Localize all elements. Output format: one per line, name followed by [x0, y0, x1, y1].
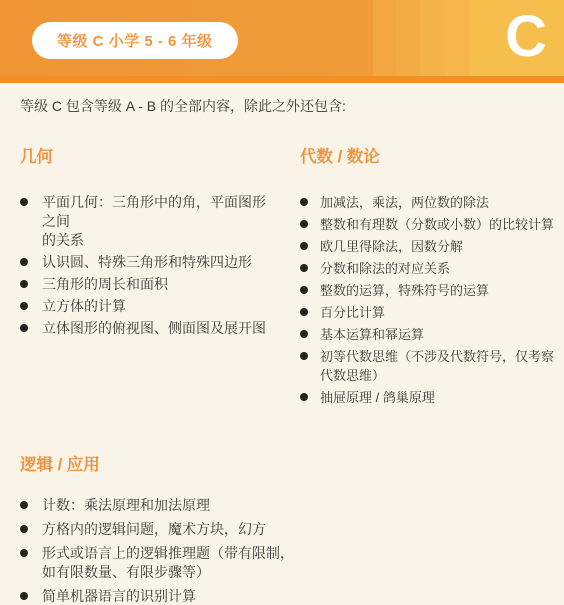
- list-item: 简单机器语言的识别计算: [20, 587, 300, 605]
- header-gradient-band: [396, 0, 420, 76]
- section-algebra: 代数 / 数论 加减法，乘法，两位数的除法 整数和有理数（分数或小数）的比较计算…: [300, 146, 556, 410]
- bullet-icon: [300, 308, 308, 316]
- bullet-icon: [300, 352, 308, 360]
- list-item: 分数和除法的对应关系: [300, 259, 556, 278]
- header-gradient-band: [445, 0, 470, 76]
- bullet-icon: [300, 393, 308, 401]
- header-accent-strip: [0, 76, 564, 83]
- bullet-icon: [300, 198, 308, 206]
- list-item: 方格内的逻辑问题，魔术方块，幻方: [20, 520, 300, 539]
- logic-list: 计数：乘法原理和加法原理 方格内的逻辑问题，魔术方块，幻方 形式或语言上的逻辑推…: [20, 496, 300, 605]
- level-badge: 等级 C 小学 5 - 6 年级: [32, 22, 238, 59]
- bullet-icon: [300, 242, 308, 250]
- algebra-list: 加减法，乘法，两位数的除法 整数和有理数（分数或小数）的比较计算 欧几里得除法，…: [300, 193, 556, 407]
- bullet-icon: [300, 220, 308, 228]
- level-c-syllabus-card: 等级 C 小学 5 - 6 年级 C 等级 C 包含等级 A - B 的全部内容…: [0, 0, 564, 605]
- bullet-icon: [300, 330, 308, 338]
- list-item: 平面几何：三角形中的角，平面图形之间 的关系: [20, 193, 278, 250]
- list-item: 加减法，乘法，两位数的除法: [300, 193, 556, 212]
- bullet-icon: [20, 258, 28, 266]
- header-banner: 等级 C 小学 5 - 6 年级 C: [0, 0, 564, 76]
- header-gradient-band: [420, 0, 445, 76]
- section-title-geometry: 几何: [20, 146, 278, 168]
- section-logic: 逻辑 / 应用 计数：乘法原理和加法原理 方格内的逻辑问题，魔术方块，幻方 形式…: [20, 454, 556, 605]
- level-badge-label: 等级 C 小学 5 - 6 年级: [57, 30, 213, 51]
- list-item: 百分比计算: [300, 303, 556, 322]
- bullet-icon: [20, 549, 28, 557]
- list-item: 立体图形的俯视图、侧面图及展开图: [20, 319, 278, 338]
- card-body: 等级 C 包含等级 A - B 的全部内容，除此之外还包含: 几何 平面几何：三…: [0, 97, 564, 605]
- bullet-icon: [20, 280, 28, 288]
- list-item: 初等代数思维（不涉及代数符号，仅考察 代数思维）: [300, 347, 556, 385]
- list-item: 欧几里得除法，因数分解: [300, 237, 556, 256]
- bullet-icon: [20, 302, 28, 310]
- list-item: 整数的运算，特殊符号的运算: [300, 281, 556, 300]
- bullet-icon: [20, 592, 28, 600]
- list-item: 认识圆、特殊三角形和特殊四边形: [20, 253, 278, 272]
- bullet-icon: [300, 286, 308, 294]
- list-item: 立方体的计算: [20, 297, 278, 316]
- list-item: 基本运算和幂运算: [300, 325, 556, 344]
- header-gradient-band: [373, 0, 396, 76]
- list-item: 三角形的周长和面积: [20, 275, 278, 294]
- two-column-area: 几何 平面几何：三角形中的角，平面图形之间 的关系 认识圆、特殊三角形和特殊四边…: [20, 146, 556, 410]
- bullet-icon: [20, 198, 28, 206]
- list-item: 抽屉原理 / 鸽巢原理: [300, 388, 556, 407]
- section-title-algebra: 代数 / 数论: [300, 146, 556, 168]
- list-item: 整数和有理数（分数或小数）的比较计算: [300, 215, 556, 234]
- list-item: 计数：乘法原理和加法原理: [20, 496, 300, 515]
- level-letter: C: [505, 5, 547, 69]
- section-geometry: 几何 平面几何：三角形中的角，平面图形之间 的关系 认识圆、特殊三角形和特殊四边…: [20, 146, 278, 410]
- section-title-logic: 逻辑 / 应用: [20, 454, 556, 476]
- geometry-list: 平面几何：三角形中的角，平面图形之间 的关系 认识圆、特殊三角形和特殊四边形 三…: [20, 193, 278, 338]
- bullet-icon: [20, 525, 28, 533]
- intro-text: 等级 C 包含等级 A - B 的全部内容，除此之外还包含:: [20, 97, 556, 116]
- bullet-icon: [20, 501, 28, 509]
- list-item: 形式或语言上的逻辑推理题（带有限制， 如有限数量、有限步骤等）: [20, 544, 300, 582]
- bullet-icon: [20, 324, 28, 332]
- bullet-icon: [300, 264, 308, 272]
